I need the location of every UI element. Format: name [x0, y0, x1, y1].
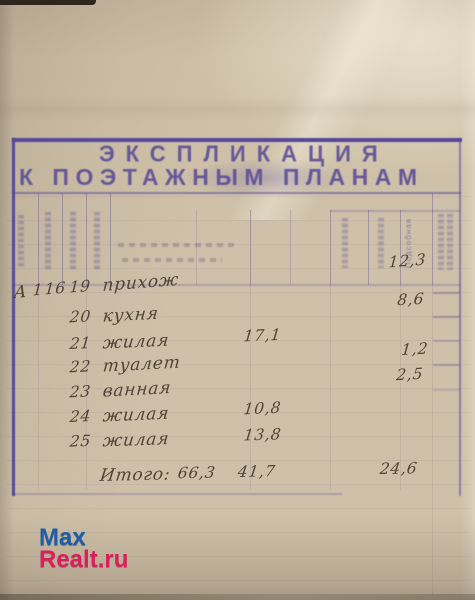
stamp-title-line2: К ПОЭТАЖНЫМ ПЛАНАМ	[19, 164, 424, 192]
cell-liter: А	[13, 282, 28, 303]
stamp-border-bottom	[12, 493, 342, 495]
cell-living: 13,8	[243, 425, 283, 444]
photo-edge	[0, 594, 475, 600]
cell-plan: 20	[69, 307, 92, 326]
column-header-smudge-floor	[45, 212, 51, 270]
cell-aux: 2,5	[396, 365, 425, 385]
totals-total-area: 66,3	[177, 463, 217, 482]
document-photo: ЭКСПЛИКАЦИЯ К ПОЭТАЖНЫМ ПЛАНАМ Подсобная…	[0, 0, 475, 600]
column-header-smudge-liter	[18, 215, 24, 267]
cell-plan: 21	[69, 334, 92, 353]
column-header-smudge-plan	[94, 212, 100, 270]
column-header-smudge-apt	[70, 212, 76, 270]
photo-edge	[0, 0, 96, 5]
cell-aux: 12,3	[388, 250, 427, 271]
maxrealt-watermark: Max Realt.ru	[39, 527, 128, 571]
cell-floor: 1	[32, 281, 44, 300]
title-separator-line	[12, 192, 461, 194]
cell-name: жилая	[102, 429, 171, 451]
cell-name: кухня	[102, 304, 160, 327]
cell-plan: 24	[69, 407, 92, 426]
totals-aux-area: 24,6	[379, 459, 419, 478]
column-line	[86, 193, 87, 285]
column-line	[38, 193, 39, 285]
totals-living-area: 41,7	[237, 462, 277, 481]
column-line	[110, 193, 111, 285]
cell-name: ванная	[102, 378, 172, 402]
cell-name: жилая	[102, 404, 170, 427]
column-header-smudge-name	[118, 243, 238, 247]
column-header-smudge-name	[122, 258, 222, 262]
cell-apt: 16	[44, 279, 66, 299]
area-group-line	[330, 210, 460, 212]
cell-living: 10,8	[243, 399, 282, 419]
cell-name: туалет	[102, 352, 182, 376]
cell-plan: 25	[69, 432, 92, 451]
totals-label: Итого:	[99, 464, 172, 486]
cell-plan: 19	[69, 277, 91, 297]
cell-plan: 23	[69, 382, 92, 401]
cell-aux: 1,2	[400, 339, 429, 359]
cell-aux: 8,6	[397, 290, 426, 310]
cell-plan: 22	[69, 357, 92, 376]
column-line	[62, 193, 63, 285]
watermark-realt: Realt.ru	[39, 549, 128, 571]
paper-crease	[0, 96, 475, 122]
cell-living: 17,1	[243, 326, 282, 346]
cell-name: жилая	[102, 331, 170, 354]
